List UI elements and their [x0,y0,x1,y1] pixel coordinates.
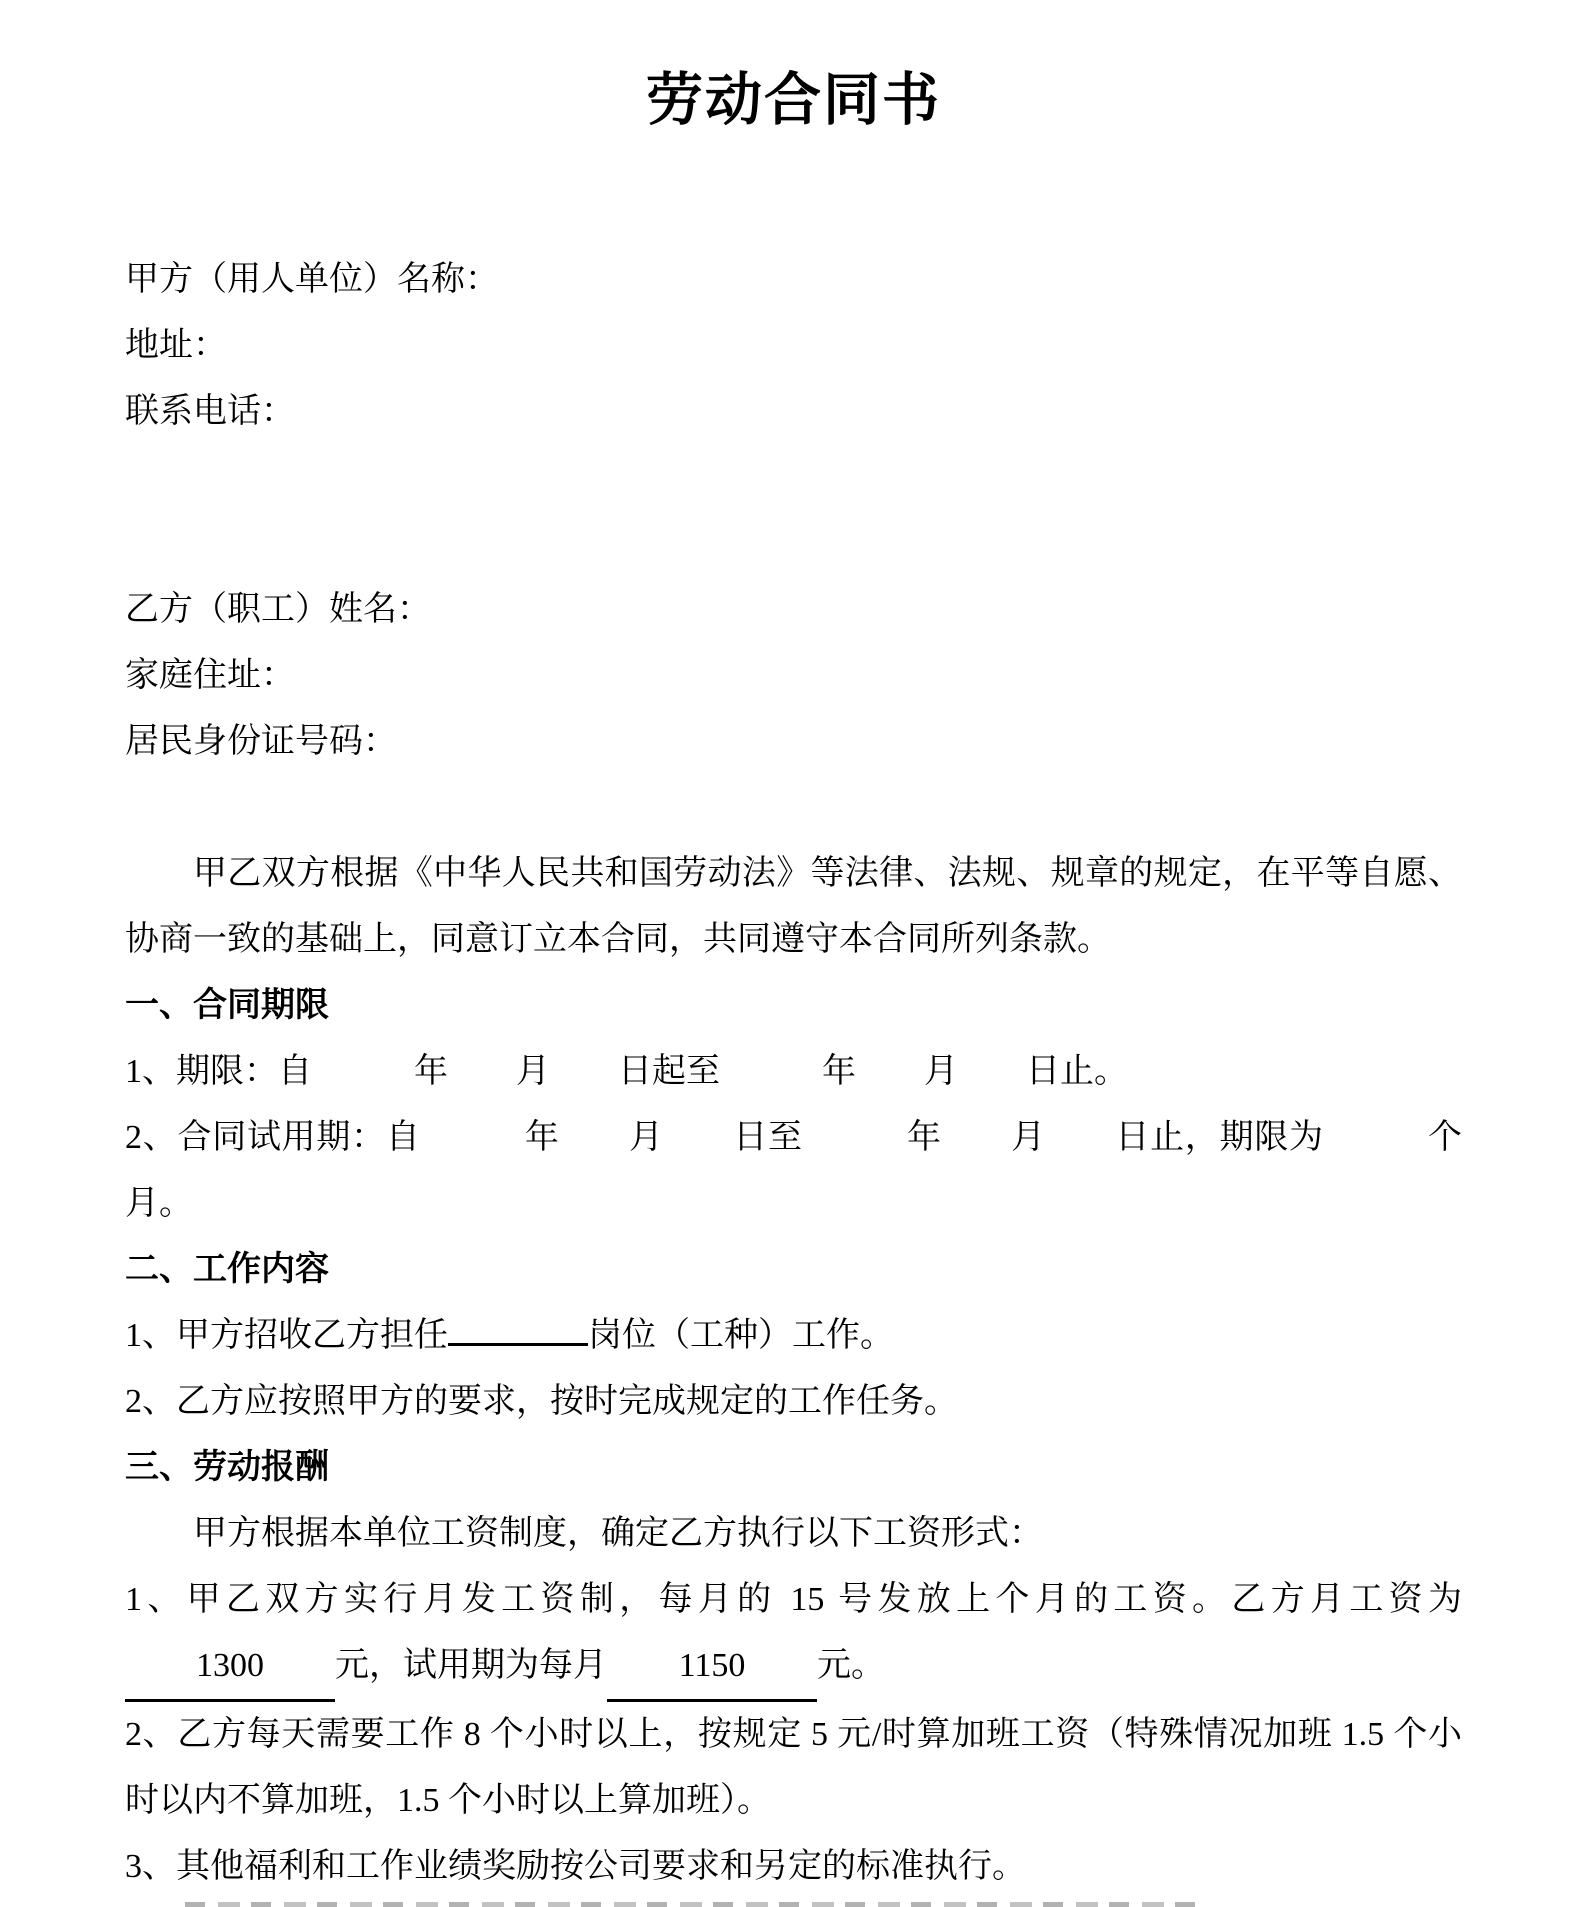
party-a-phone-label: 联系电话： [125,379,1462,445]
labor-contract-page: 劳动合同书 甲方（用人单位）名称： 地址： 联系电话： 乙方（职工）姓名： 家庭… [0,0,1587,1907]
section-pay-intro: 甲方根据本单位工资制度，确定乙方执行以下工资形式： [125,1501,1462,1567]
preamble-paragraph: 甲乙双方根据《中华人民共和国劳动法》等法律、法规、规章的规定，在平等自愿、协商一… [125,841,1462,973]
monthly-salary-value: 1300 [125,1633,335,1702]
section-pay-heading: 三、劳动报酬 [125,1435,1462,1501]
pay-item1-suffix: 元。 [817,1647,885,1684]
section-work-item2: 2、乙方应按照甲方的要求，按时完成规定的工作任务。 [125,1369,1462,1435]
position-blank-underline [448,1309,588,1346]
section-work-item1: 1、甲方招收乙方担任岗位（工种）工作。 [125,1303,1462,1369]
party-b-name-label: 乙方（职工）姓名： [125,577,1462,643]
pay-item1-prefix: 1、甲乙双方实行月发工资制，每月的 15 号发放上个月的工资。乙方月工资为 [125,1581,1462,1618]
blank-gap [125,445,1462,577]
party-a-name-label: 甲方（用人单位）名称： [125,247,1462,313]
work-item1-suffix: 岗位（工种）工作。 [588,1317,894,1354]
clipped-bottom-line [185,1902,1195,1907]
pay-item1-middle: 元，试用期为每月 [335,1647,607,1684]
section-pay-item3: 3、其他福利和工作业绩奖励按公司要求和另定的标准执行。 [125,1834,1462,1900]
section-term-item1: 1、期限：自 年 月 日起至 年 月 日止。 [125,1039,1462,1105]
probation-salary-value: 1150 [607,1633,817,1702]
section-work-heading: 二、工作内容 [125,1237,1462,1303]
party-b-id-number-label: 居民身份证号码： [125,709,1462,775]
party-a-address-label: 地址： [125,313,1462,379]
party-b-home-address-label: 家庭住址： [125,643,1462,709]
section-pay-item1: 1、甲乙双方实行月发工资制，每月的 15 号发放上个月的工资。乙方月工资为130… [125,1567,1462,1702]
work-item1-prefix: 1、甲方招收乙方担任 [125,1317,448,1354]
section-pay-item2: 2、乙方每天需要工作 8 个小时以上，按规定 5 元/时算加班工资（特殊情况加班… [125,1702,1462,1834]
section-term-item2: 2、合同试用期：自 年 月 日至 年 月 日止，期限为 个月。 [125,1105,1462,1237]
document-title: 劳动合同书 [125,55,1462,147]
blank-gap [125,775,1462,841]
section-term-heading: 一、合同期限 [125,973,1462,1039]
